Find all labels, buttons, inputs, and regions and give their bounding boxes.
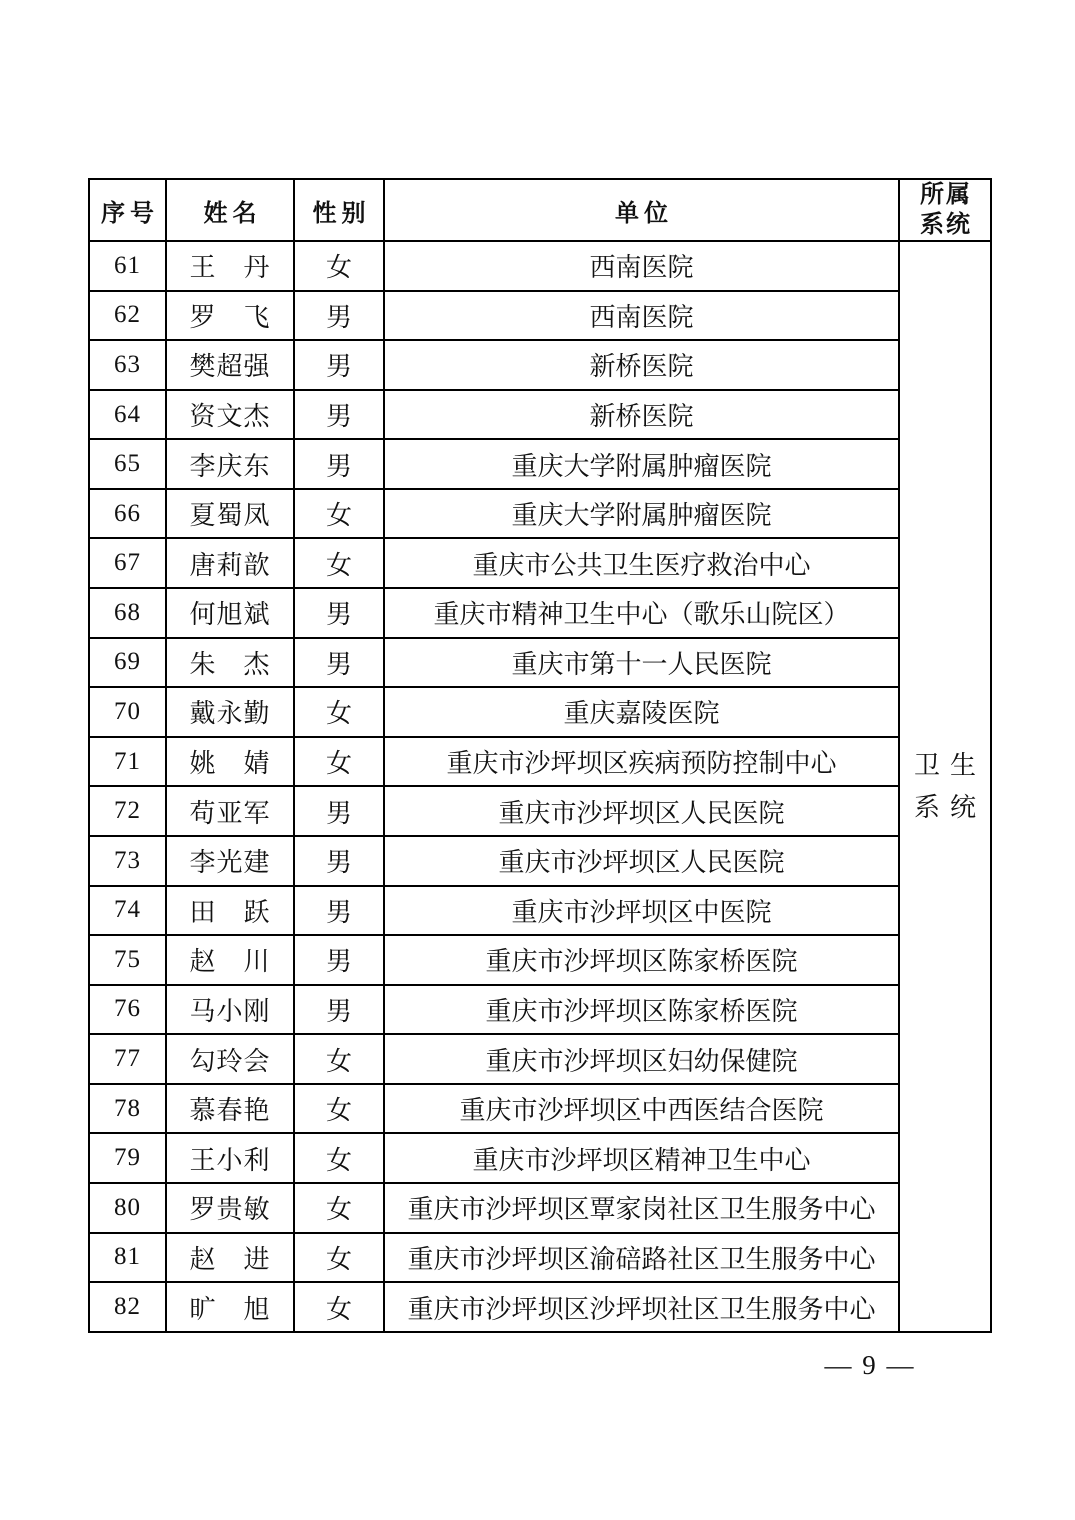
unit-name: 重庆市沙坪坝区妇幼保健院 [384,1034,899,1084]
unit-name: 重庆市沙坪坝区中医院 [384,886,899,936]
gender-value: 女 [294,687,384,737]
row-no: 74 [89,886,166,936]
person-name: 李庆东 [166,439,294,489]
col-header-no: 序号 [89,179,166,241]
row-no: 64 [89,390,166,440]
col-header-unit: 单位 [384,179,899,241]
table-body: 61王 丹女西南医院卫生 系统62罗 飞男西南医院63樊超强男新桥医院64资文杰… [89,241,991,1332]
person-name: 资文杰 [166,390,294,440]
table-row: 74田 跃男重庆市沙坪坝区中医院 [89,886,991,936]
roster-table: 序号 姓名 性别 单位 所属 系统 61王 丹女西南医院卫生 系统62罗 飞男西… [88,178,992,1333]
gender-value: 女 [294,1282,384,1332]
row-no: 68 [89,588,166,638]
row-no: 70 [89,687,166,737]
person-name: 王 丹 [166,241,294,291]
row-no: 62 [89,291,166,341]
row-no: 77 [89,1034,166,1084]
table-row: 64资文杰男新桥医院 [89,390,991,440]
person-name: 马小刚 [166,985,294,1035]
person-name: 旷 旭 [166,1282,294,1332]
table-row: 67唐莉歆女重庆市公共卫生医疗救治中心 [89,538,991,588]
row-no: 75 [89,935,166,985]
unit-name: 重庆市沙坪坝区陈家桥医院 [384,935,899,985]
table-row: 63樊超强男新桥医院 [89,340,991,390]
person-name: 唐莉歆 [166,538,294,588]
person-name: 罗 飞 [166,291,294,341]
row-no: 78 [89,1084,166,1134]
table-row: 71姚 婧女重庆市沙坪坝区疾病预防控制中心 [89,737,991,787]
unit-name: 西南医院 [384,241,899,291]
person-name: 夏蜀凤 [166,489,294,539]
gender-value: 男 [294,786,384,836]
unit-name: 重庆市沙坪坝区人民医院 [384,836,899,886]
unit-name: 重庆市沙坪坝区沙坪坝社区卫生服务中心 [384,1282,899,1332]
person-name: 姚 婧 [166,737,294,787]
row-no: 81 [89,1233,166,1283]
row-no: 80 [89,1183,166,1233]
unit-name: 重庆市沙坪坝区精神卫生中心 [384,1133,899,1183]
row-no: 63 [89,340,166,390]
unit-name: 重庆大学附属肿瘤医院 [384,489,899,539]
gender-value: 女 [294,538,384,588]
table-row: 73李光建男重庆市沙坪坝区人民医院 [89,836,991,886]
person-name: 王小利 [166,1133,294,1183]
table-row: 62罗 飞男西南医院 [89,291,991,341]
table-row: 78慕春艳女重庆市沙坪坝区中西医结合医院 [89,1084,991,1134]
unit-name: 重庆市沙坪坝区人民医院 [384,786,899,836]
table-row: 70戴永勤女重庆嘉陵医院 [89,687,991,737]
gender-value: 男 [294,638,384,688]
row-no: 65 [89,439,166,489]
person-name: 勾玲会 [166,1034,294,1084]
affiliation-system-cell: 卫生 系统 [899,241,991,1332]
row-no: 76 [89,985,166,1035]
unit-name: 重庆市沙坪坝区覃家岗社区卫生服务中心 [384,1183,899,1233]
unit-name: 重庆市沙坪坝区陈家桥医院 [384,985,899,1035]
table-row: 81赵 进女重庆市沙坪坝区渝碚路社区卫生服务中心 [89,1233,991,1283]
row-no: 61 [89,241,166,291]
table-row: 66夏蜀凤女重庆大学附属肿瘤医院 [89,489,991,539]
gender-value: 女 [294,1183,384,1233]
person-name: 戴永勤 [166,687,294,737]
table-row: 61王 丹女西南医院卫生 系统 [89,241,991,291]
gender-value: 男 [294,836,384,886]
row-no: 79 [89,1133,166,1183]
unit-name: 重庆市沙坪坝区疾病预防控制中心 [384,737,899,787]
row-no: 66 [89,489,166,539]
col-header-system: 所属 系统 [899,179,991,241]
gender-value: 女 [294,1233,384,1283]
row-no: 69 [89,638,166,688]
gender-value: 男 [294,390,384,440]
table-row: 72苟亚军男重庆市沙坪坝区人民医院 [89,786,991,836]
unit-name: 重庆市第十一人民医院 [384,638,899,688]
gender-value: 男 [294,886,384,936]
row-no: 72 [89,786,166,836]
person-name: 赵 进 [166,1233,294,1283]
gender-value: 男 [294,935,384,985]
row-no: 67 [89,538,166,588]
person-name: 苟亚军 [166,786,294,836]
unit-name: 重庆市精神卫生中心（歌乐山院区） [384,588,899,638]
document-page: 序号 姓名 性别 单位 所属 系统 61王 丹女西南医院卫生 系统62罗 飞男西… [0,0,1075,1520]
table-row: 65李庆东男重庆大学附属肿瘤医院 [89,439,991,489]
table-row: 68何旭斌男重庆市精神卫生中心（歌乐山院区） [89,588,991,638]
gender-value: 女 [294,489,384,539]
table-row: 79王小利女重庆市沙坪坝区精神卫生中心 [89,1133,991,1183]
gender-value: 男 [294,439,384,489]
row-no: 71 [89,737,166,787]
unit-name: 重庆嘉陵医院 [384,687,899,737]
person-name: 田 跃 [166,886,294,936]
unit-name: 重庆市沙坪坝区渝碚路社区卫生服务中心 [384,1233,899,1283]
table-row: 77勾玲会女重庆市沙坪坝区妇幼保健院 [89,1034,991,1084]
header-row: 序号 姓名 性别 单位 所属 系统 [89,179,991,241]
person-name: 樊超强 [166,340,294,390]
unit-name: 重庆市公共卫生医疗救治中心 [384,538,899,588]
person-name: 李光建 [166,836,294,886]
gender-value: 女 [294,1084,384,1134]
col-header-gender: 性别 [294,179,384,241]
table-row: 75赵 川男重庆市沙坪坝区陈家桥医院 [89,935,991,985]
table-row: 82旷 旭女重庆市沙坪坝区沙坪坝社区卫生服务中心 [89,1282,991,1332]
table-row: 80罗贵敏女重庆市沙坪坝区覃家岗社区卫生服务中心 [89,1183,991,1233]
gender-value: 女 [294,1034,384,1084]
gender-value: 女 [294,1133,384,1183]
person-name: 赵 川 [166,935,294,985]
person-name: 慕春艳 [166,1084,294,1134]
page-number: — 9 — [816,1348,924,1382]
table-row: 69朱 杰男重庆市第十一人民医院 [89,638,991,688]
gender-value: 女 [294,737,384,787]
gender-value: 男 [294,985,384,1035]
unit-name: 新桥医院 [384,390,899,440]
unit-name: 西南医院 [384,291,899,341]
person-name: 何旭斌 [166,588,294,638]
gender-value: 男 [294,340,384,390]
unit-name: 重庆大学附属肿瘤医院 [384,439,899,489]
person-name: 罗贵敏 [166,1183,294,1233]
table-row: 76马小刚男重庆市沙坪坝区陈家桥医院 [89,985,991,1035]
col-header-name: 姓名 [166,179,294,241]
person-name: 朱 杰 [166,638,294,688]
unit-name: 新桥医院 [384,340,899,390]
gender-value: 男 [294,588,384,638]
gender-value: 女 [294,241,384,291]
row-no: 73 [89,836,166,886]
unit-name: 重庆市沙坪坝区中西医结合医院 [384,1084,899,1134]
gender-value: 男 [294,291,384,341]
row-no: 82 [89,1282,166,1332]
